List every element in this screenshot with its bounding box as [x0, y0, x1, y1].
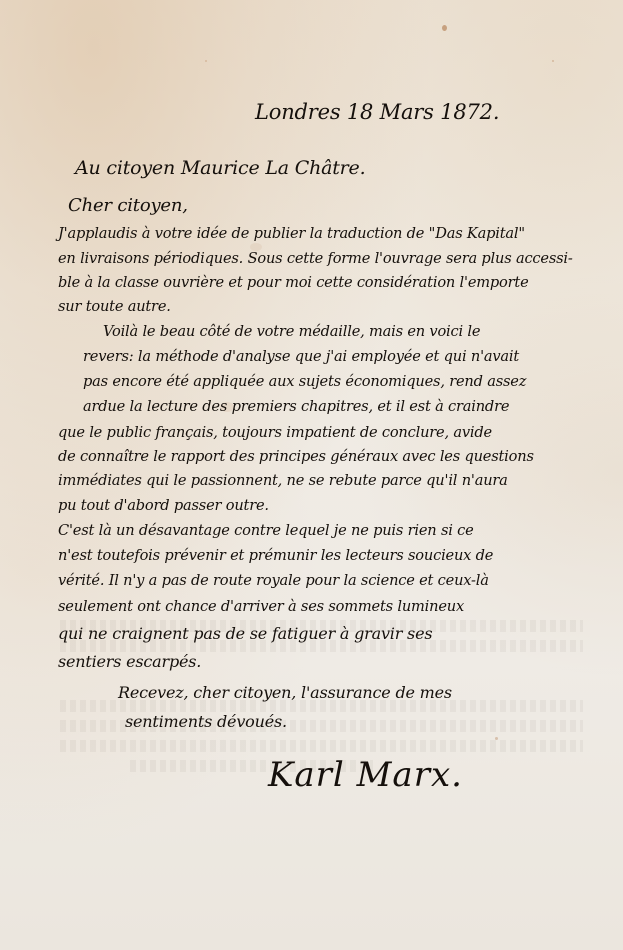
- paragraph-3-line: C'est là un désavantage contre lequel je…: [58, 522, 474, 539]
- show-through-text: [60, 740, 583, 752]
- closing-line: Recevez, cher citoyen, l'assurance de me…: [118, 683, 452, 702]
- paragraph-2-line: revers: la méthode d'analyse que j'ai em…: [83, 348, 519, 365]
- paragraph-1-line: en livraisons périodiques. Sous cette fo…: [58, 250, 573, 267]
- paragraph-1-line: J'applaudis à votre idée de publier la t…: [58, 225, 525, 242]
- signature: Karl Marx.: [268, 755, 463, 795]
- foxing-spot: [442, 25, 447, 31]
- paragraph-2-line: Voilà le beau côté de votre médaille, ma…: [103, 323, 480, 340]
- letter-addressee: Au citoyen Maurice La Châtre.: [75, 157, 365, 179]
- paragraph-3-line: sentiers escarpés.: [58, 652, 201, 671]
- paragraph-1-line: ble à la classe ouvrière et pour moi cet…: [58, 274, 529, 291]
- letter-date: Londres 18 Mars 1872.: [255, 100, 499, 124]
- foxing-spot: [205, 60, 207, 62]
- paragraph-2-line: que le public français, toujours impatie…: [58, 424, 492, 441]
- paragraph-1-line: sur toute autre.: [58, 298, 171, 315]
- paragraph-3-line: vérité. Il n'y a pas de route royale pou…: [58, 572, 489, 589]
- paragraph-2-line: pu tout d'abord passer outre.: [58, 497, 269, 514]
- paragraph-2-line: immédiates qui le passionnent, ne se reb…: [58, 472, 508, 489]
- paragraph-3-line: seulement ont chance d'arriver à ses som…: [58, 598, 464, 615]
- paragraph-3-line: qui ne craignent pas de se fatiguer à gr…: [58, 624, 432, 643]
- paragraph-2-line: de connaître le rapport des principes gé…: [58, 448, 534, 465]
- closing-line: sentiments dévoués.: [125, 712, 287, 731]
- paragraph-2-line: ardue la lecture des premiers chapitres,…: [83, 398, 509, 415]
- letter-page: Londres 18 Mars 1872. Au citoyen Maurice…: [0, 0, 623, 950]
- paragraph-2-line: pas encore été appliquée aux sujets écon…: [83, 373, 526, 390]
- letter-salutation: Cher citoyen,: [68, 195, 188, 216]
- foxing-spot: [552, 60, 554, 62]
- paragraph-3-line: n'est toutefois prévenir et prémunir les…: [58, 547, 493, 564]
